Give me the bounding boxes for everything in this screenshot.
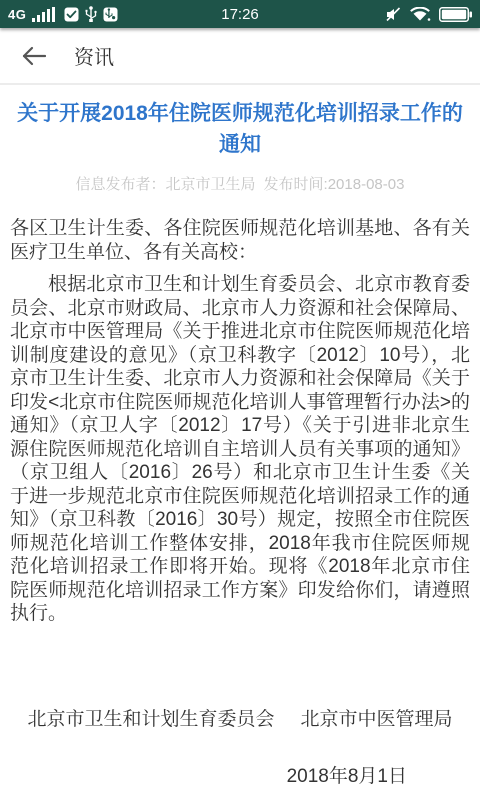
signature-line: 北京市卫生和计划生育委员会 北京市中医管理局 xyxy=(0,704,480,731)
article-content: 关于开展2018年住院医师规范化培训招录工作的通知 信息发布者：北京市卫生局发布… xyxy=(0,98,480,626)
publish-time-label: 发布时间:2018-08-03 xyxy=(264,176,405,193)
article-paragraph-body: 根据北京市卫生和计划生育委员会、北京市教育委员会、北京市财政局、北京市人力资源和… xyxy=(10,273,470,626)
publisher-label: 信息发布者：北京市卫生局 xyxy=(76,176,256,193)
signature-org-2: 北京市中医管理局 xyxy=(301,704,453,731)
back-arrow-icon xyxy=(22,46,46,66)
status-time: 17:26 xyxy=(221,6,259,23)
usb-icon xyxy=(85,6,97,23)
back-button[interactable] xyxy=(16,38,52,74)
status-bar-left: 4G xyxy=(8,6,221,23)
wifi-icon xyxy=(410,7,431,22)
battery-icon xyxy=(439,7,472,22)
checkbox-notification-icon xyxy=(64,7,79,22)
signal-strength-icon xyxy=(32,7,58,22)
status-bar: 4G xyxy=(0,0,480,28)
page-title: 资讯 xyxy=(74,41,114,70)
app-bar: 资讯 xyxy=(0,28,480,85)
article-date: 2018年8月1日 xyxy=(0,761,407,788)
status-bar-right xyxy=(259,7,472,22)
article-meta: 信息发布者：北京市卫生局发布时间:2018-08-03 xyxy=(10,173,470,194)
article-paragraph-salutation: 各区卫生计生委、各住院医师规范化培训基地、各有关医疗卫生单位、各有关高校： xyxy=(10,217,470,264)
app-screen: 4G xyxy=(0,0,480,800)
article-title: 关于开展2018年住院医师规范化培训招录工作的通知 xyxy=(12,98,468,160)
signature-org-1: 北京市卫生和计划生育委员会 xyxy=(27,704,274,731)
network-type-label: 4G xyxy=(8,7,26,22)
mute-icon xyxy=(385,7,402,22)
usb-debug-icon xyxy=(103,7,118,22)
